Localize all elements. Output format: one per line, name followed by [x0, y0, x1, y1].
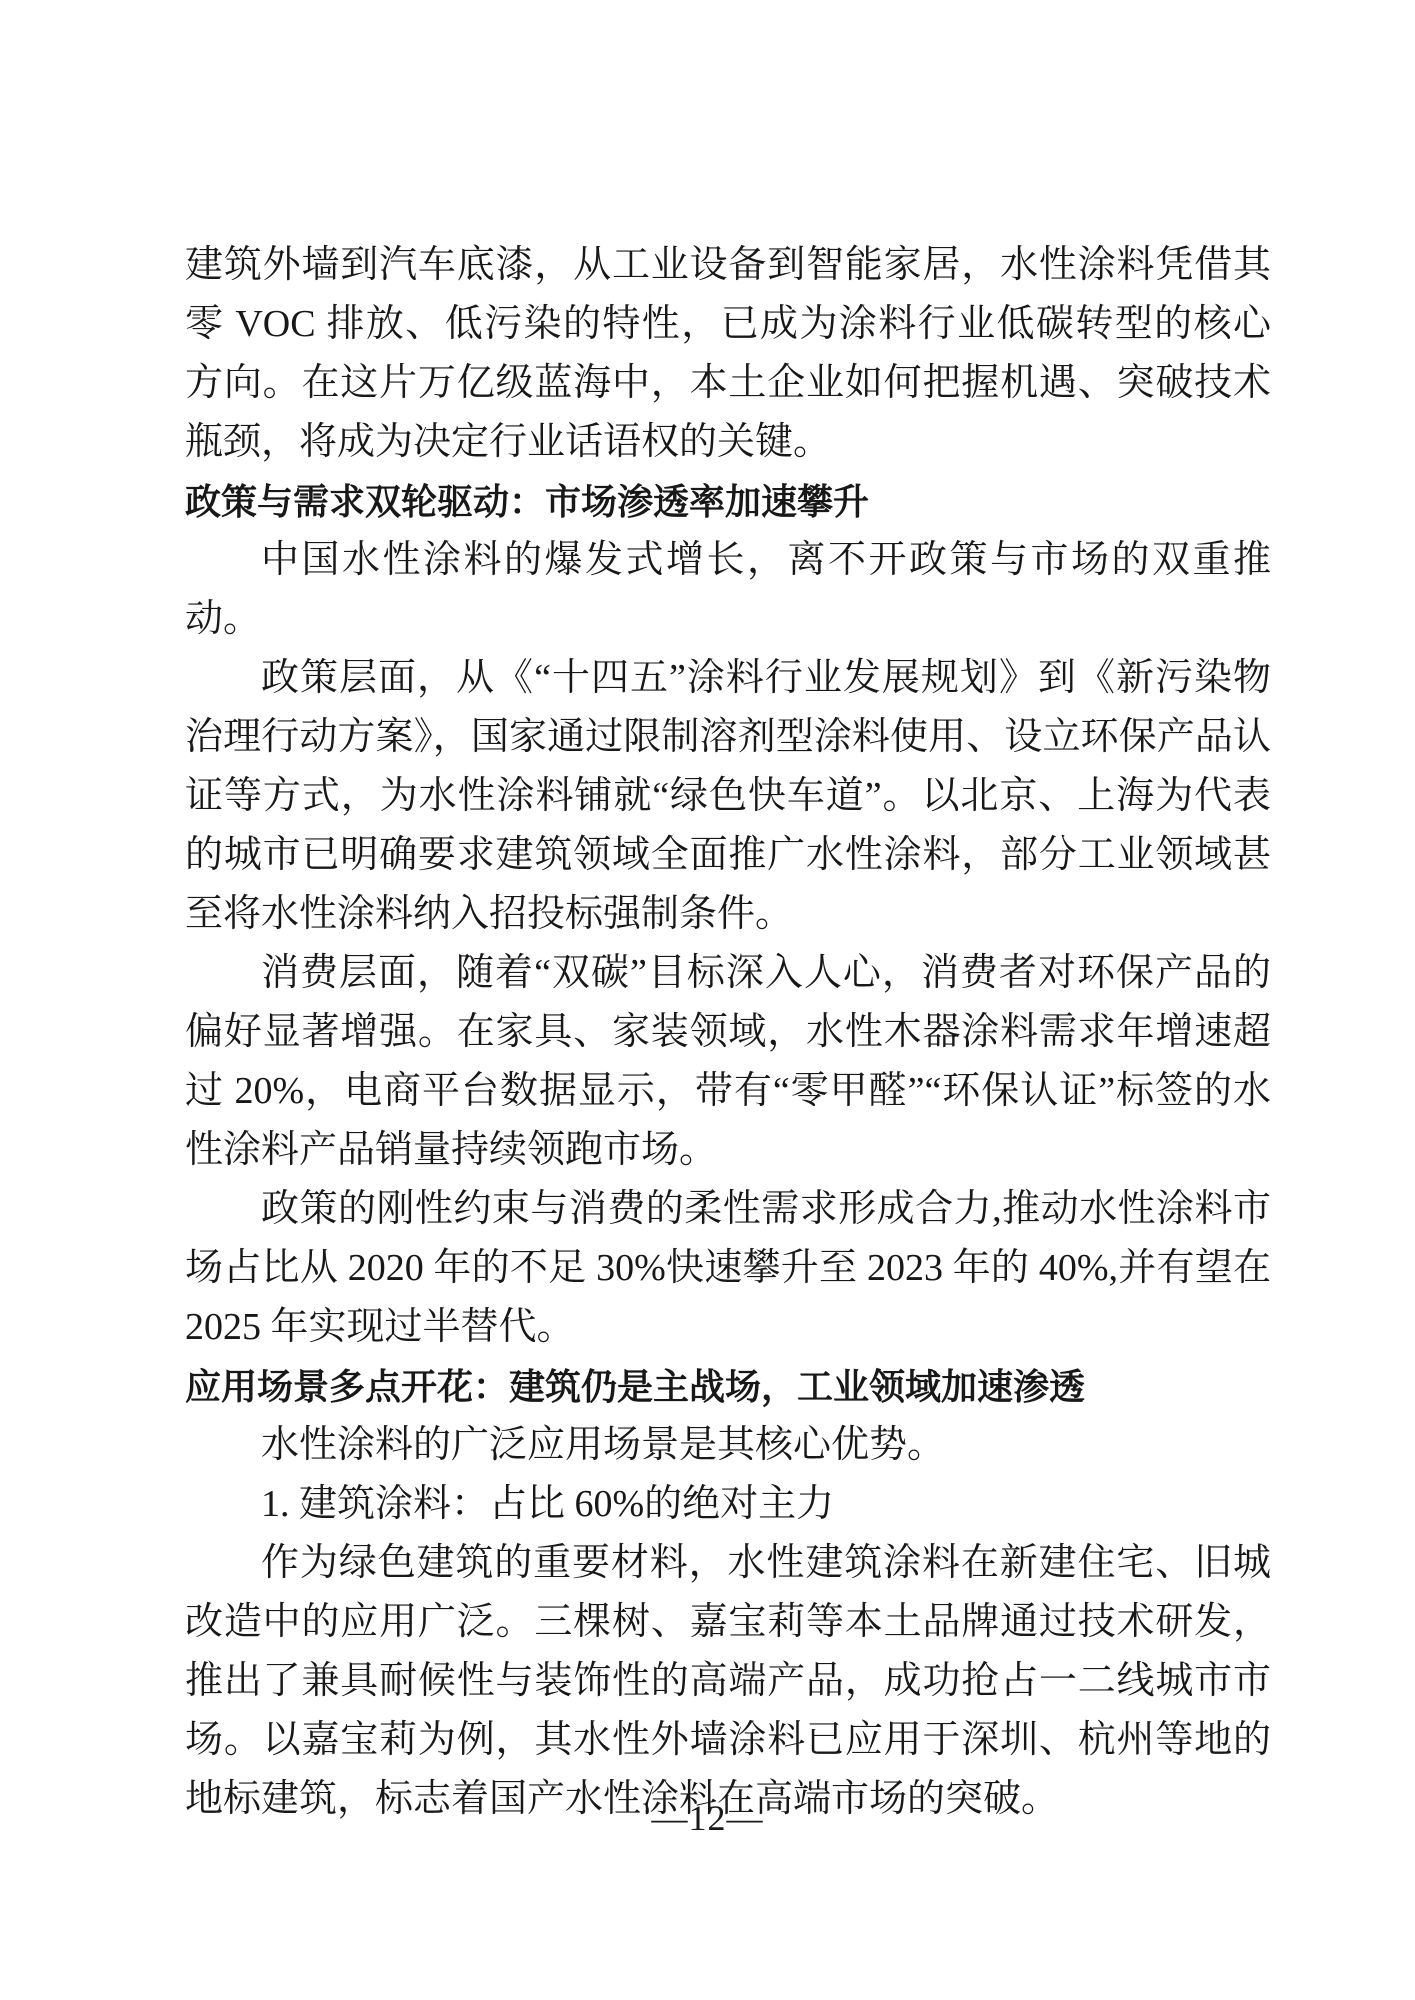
section-heading: 政策与需求双轮驱动：市场渗透率加速攀升 — [185, 472, 1271, 531]
document-body: 建筑外墙到汽车底漆，从工业设备到智能家居，水性涂料凭借其零 VOC 排放、低污染… — [185, 236, 1271, 1829]
page-number: —12— — [652, 1798, 764, 1838]
body-paragraph: 作为绿色建筑的重要材料，水性建筑涂料在新建住宅、旧城改造中的应用广泛。三棵树、嘉… — [185, 1534, 1271, 1829]
body-paragraph: 建筑外墙到汽车底漆，从工业设备到智能家居，水性涂料凭借其零 VOC 排放、低污染… — [185, 236, 1271, 472]
body-paragraph: 中国水性涂料的爆发式增长，离不开政策与市场的双重推动。 — [185, 531, 1271, 649]
body-paragraph: 消费层面，随着“双碳”目标深入人心，消费者对环保产品的偏好显著增强。在家具、家装… — [185, 944, 1271, 1180]
body-paragraph: 政策层面，从《“十四五”涂料行业发展规划》到《新污染物治理行动方案》，国家通过限… — [185, 649, 1271, 944]
section-heading: 应用场景多点开花：建筑仍是主战场，工业领域加速渗透 — [185, 1357, 1271, 1416]
body-paragraph: 1. 建筑涂料：占比 60%的绝对主力 — [185, 1475, 1271, 1534]
page-footer: —12— — [0, 1796, 1415, 1840]
document-page: 建筑外墙到汽车底漆，从工业设备到智能家居，水性涂料凭借其零 VOC 排放、低污染… — [0, 0, 1415, 2000]
body-paragraph: 政策的刚性约束与消费的柔性需求形成合力,推动水性涂料市场占比从 2020 年的不… — [185, 1180, 1271, 1357]
body-paragraph: 水性涂料的广泛应用场景是其核心优势。 — [185, 1416, 1271, 1475]
